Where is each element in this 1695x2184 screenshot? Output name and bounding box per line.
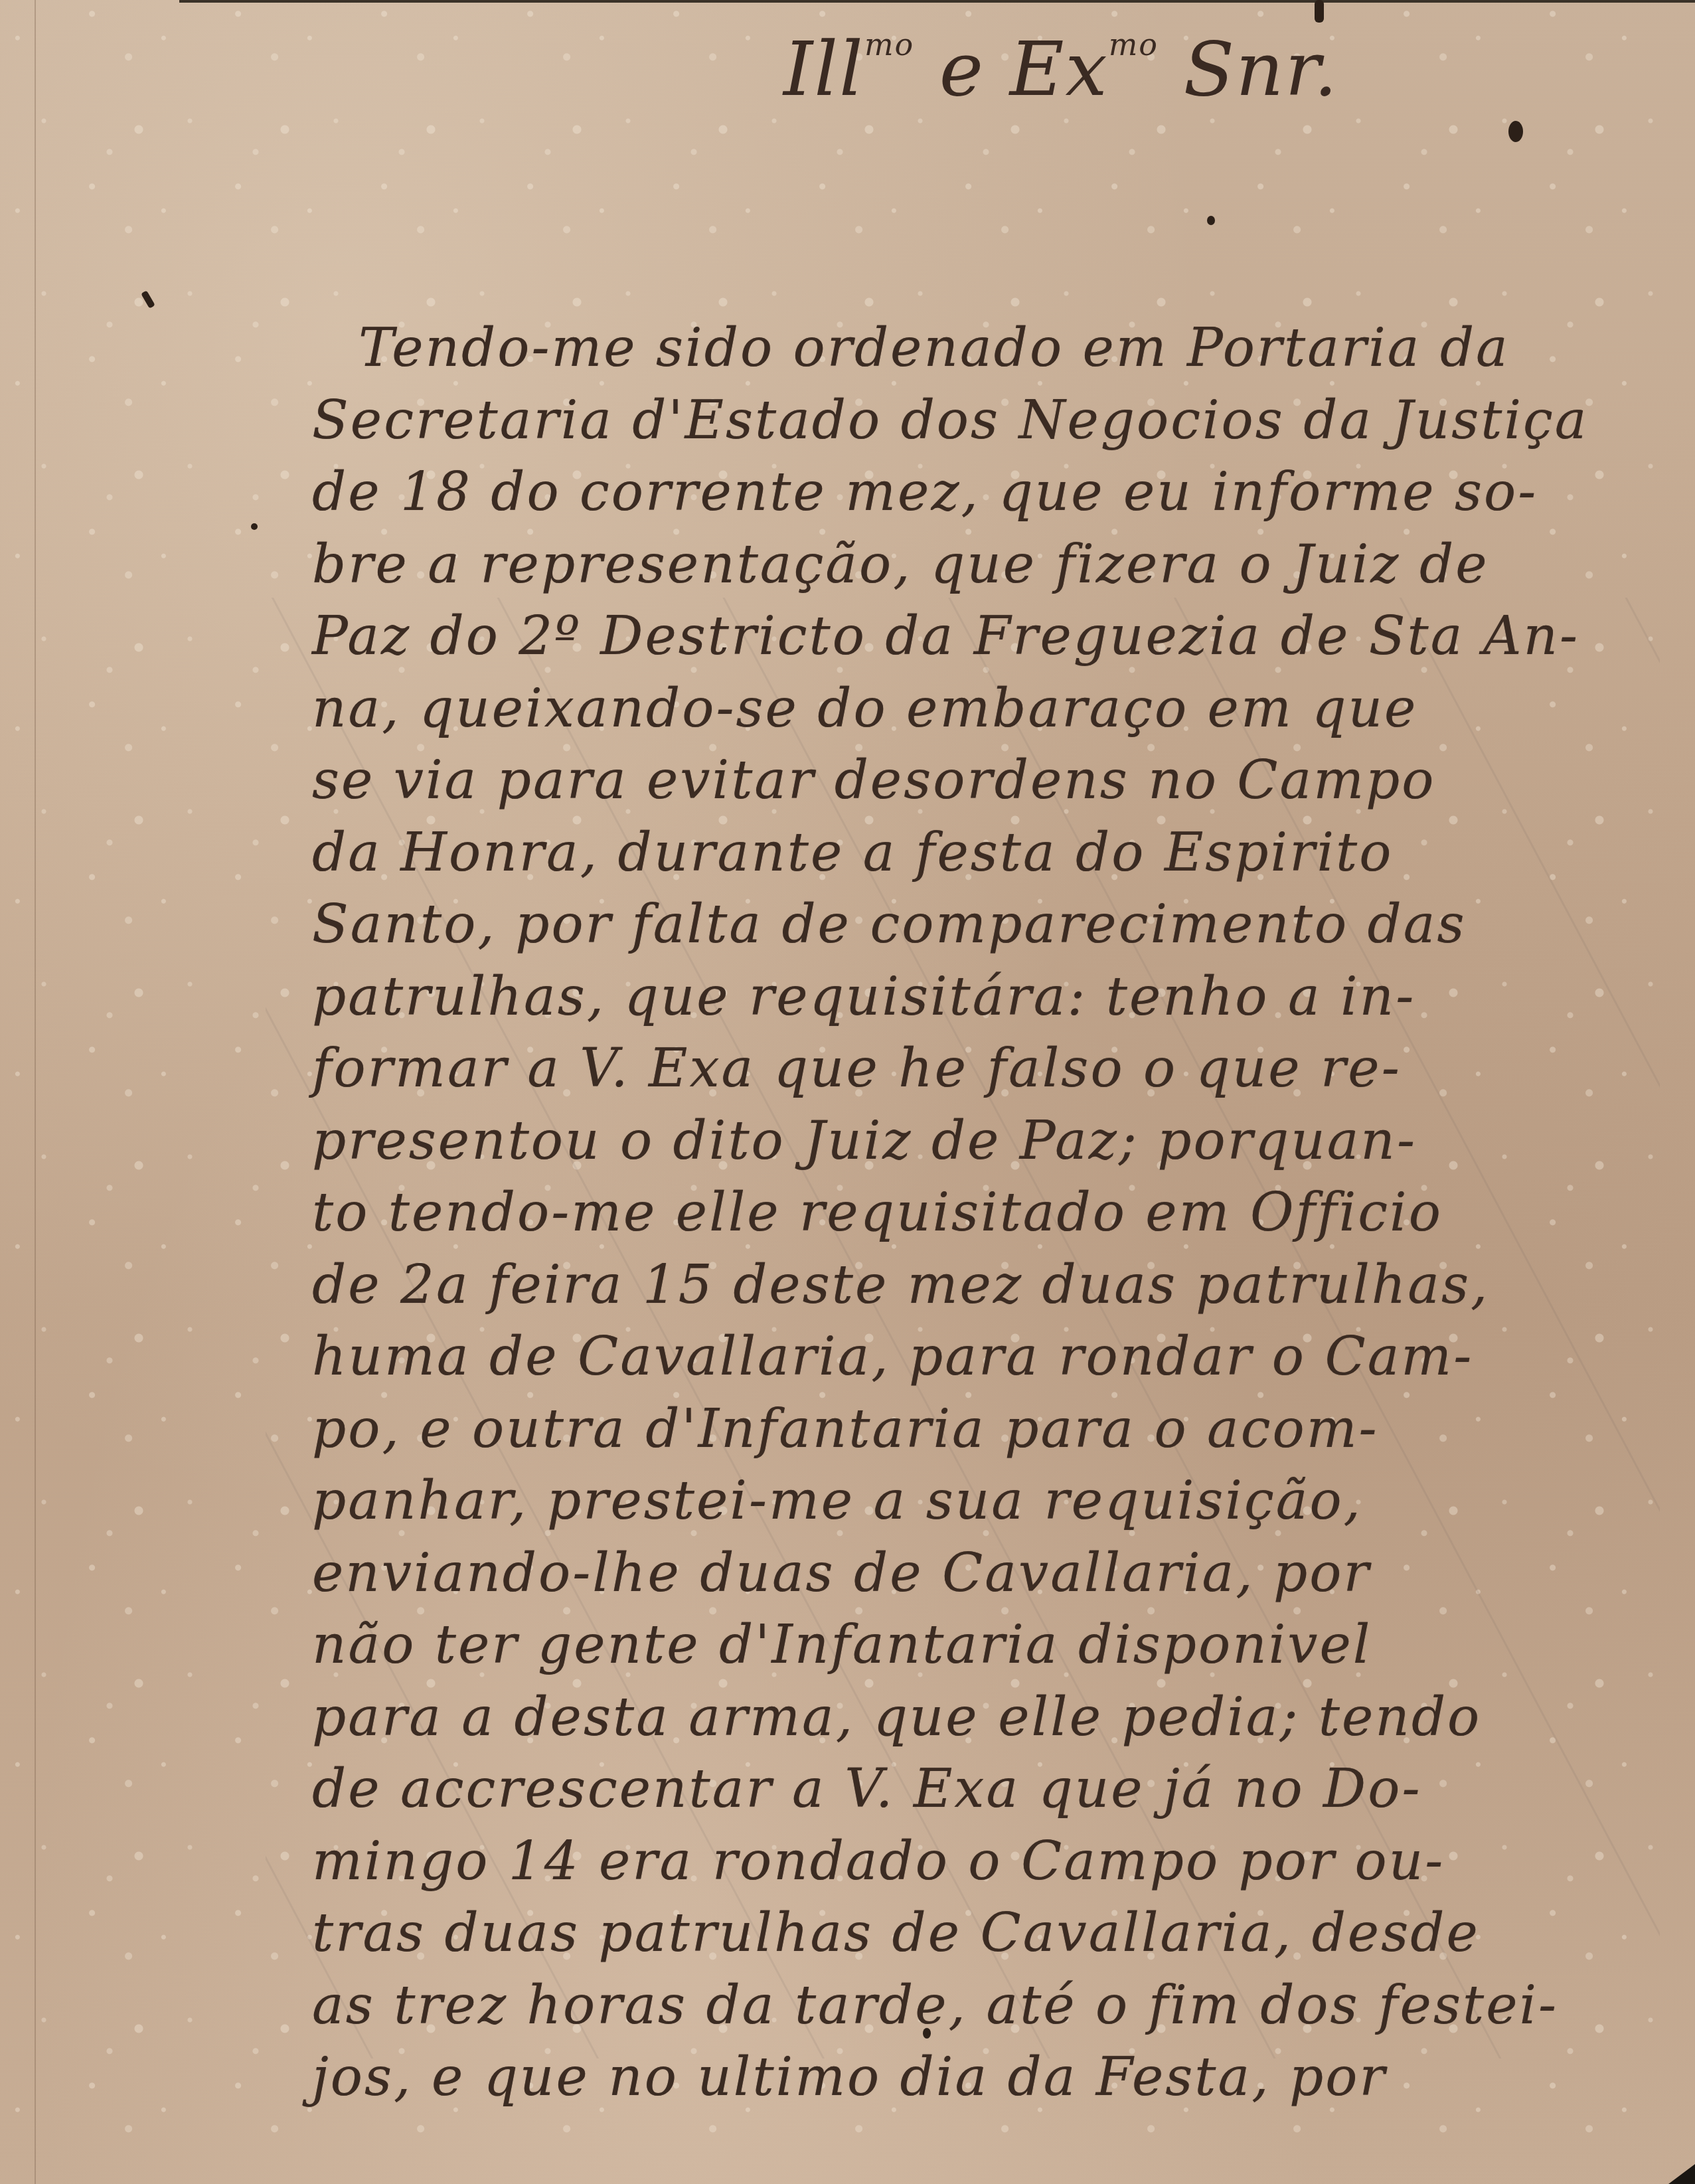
text-line: mingo 14 era rondado o Campo por ou-: [312, 1825, 1680, 1898]
salutation-illustrissimo: Ill: [783, 27, 864, 113]
text-line: da Honra, durante a festa do Espirito: [312, 817, 1680, 889]
text-line: to tendo-me elle requisitado em Officio: [312, 1177, 1680, 1249]
text-line: bre a representação, que fizera o Juiz d…: [312, 529, 1680, 601]
text-line: de 18 do corrente mez, que eu informe so…: [312, 456, 1680, 529]
salutation-excelentissimo: Ex: [1010, 27, 1109, 113]
ink-blot: [251, 523, 258, 530]
ink-blot: [1508, 121, 1523, 142]
text-line: na, queixando-se do embaraço em que: [312, 673, 1680, 745]
page-top-edge: [179, 0, 1695, 3]
salutation-heading: Illmo e Exmo Snr.: [783, 27, 1338, 113]
salutation-conj: e: [914, 27, 1009, 113]
text-line: se via para evitar desordens no Campo: [312, 744, 1680, 817]
ink-blot: [1207, 216, 1215, 225]
manuscript-page: Illmo e Exmo Snr. Tendo-me sido ordenado…: [0, 0, 1695, 2184]
text-line: não ter gente d'Infantaria disponivel: [312, 1609, 1680, 1681]
text-line: jos, e que no ultimo dia da Festa, por: [312, 2041, 1680, 2114]
text-line: Santo, por falta de comparecimento das: [312, 888, 1680, 961]
text-line: po, e outra d'Infantaria para o acom-: [312, 1393, 1680, 1466]
text-line: Paz do 2º Destricto da Freguezia de Sta …: [312, 600, 1680, 673]
salutation-sup-2: mo: [1109, 27, 1159, 62]
ink-blot: [141, 290, 155, 309]
letter-body: Tendo-me sido ordenado em Portaria da Se…: [312, 312, 1680, 2114]
text-line: as trez horas da tarde, até o fim dos fe…: [312, 1970, 1680, 2042]
text-line: huma de Cavallaria, para rondar o Cam-: [312, 1321, 1680, 1393]
text-line: formar a V. Exa que he falso o que re-: [312, 1033, 1680, 1105]
text-line: patrulhas, que requisitára: tenho a in-: [312, 961, 1680, 1033]
text-line: Secretaria d'Estado dos Negocios da Just…: [312, 384, 1680, 457]
salutation-senhor: Snr.: [1159, 27, 1338, 113]
text-line: para a desta arma, que elle pedia; tendo: [312, 1681, 1680, 1754]
text-line: presentou o dito Juiz de Paz; porquan-: [312, 1105, 1680, 1177]
page-corner-shadow: [1668, 2164, 1695, 2184]
paper-fold-line: [35, 0, 36, 2184]
text-line: de 2a feira 15 deste mez duas patrulhas,: [312, 1249, 1680, 1321]
text-line: enviando-lhe duas de Cavallaria, por: [312, 1537, 1680, 1610]
text-line: tras duas patrulhas de Cavallaria, desde: [312, 1897, 1680, 1970]
text-line: de accrescentar a V. Exa que já no Do-: [312, 1753, 1680, 1825]
salutation-sup-1: mo: [864, 27, 914, 62]
ink-blot: [1315, 0, 1324, 23]
text-line: panhar, prestei-me a sua requisição,: [312, 1465, 1680, 1537]
text-line: Tendo-me sido ordenado em Portaria da: [312, 312, 1680, 384]
